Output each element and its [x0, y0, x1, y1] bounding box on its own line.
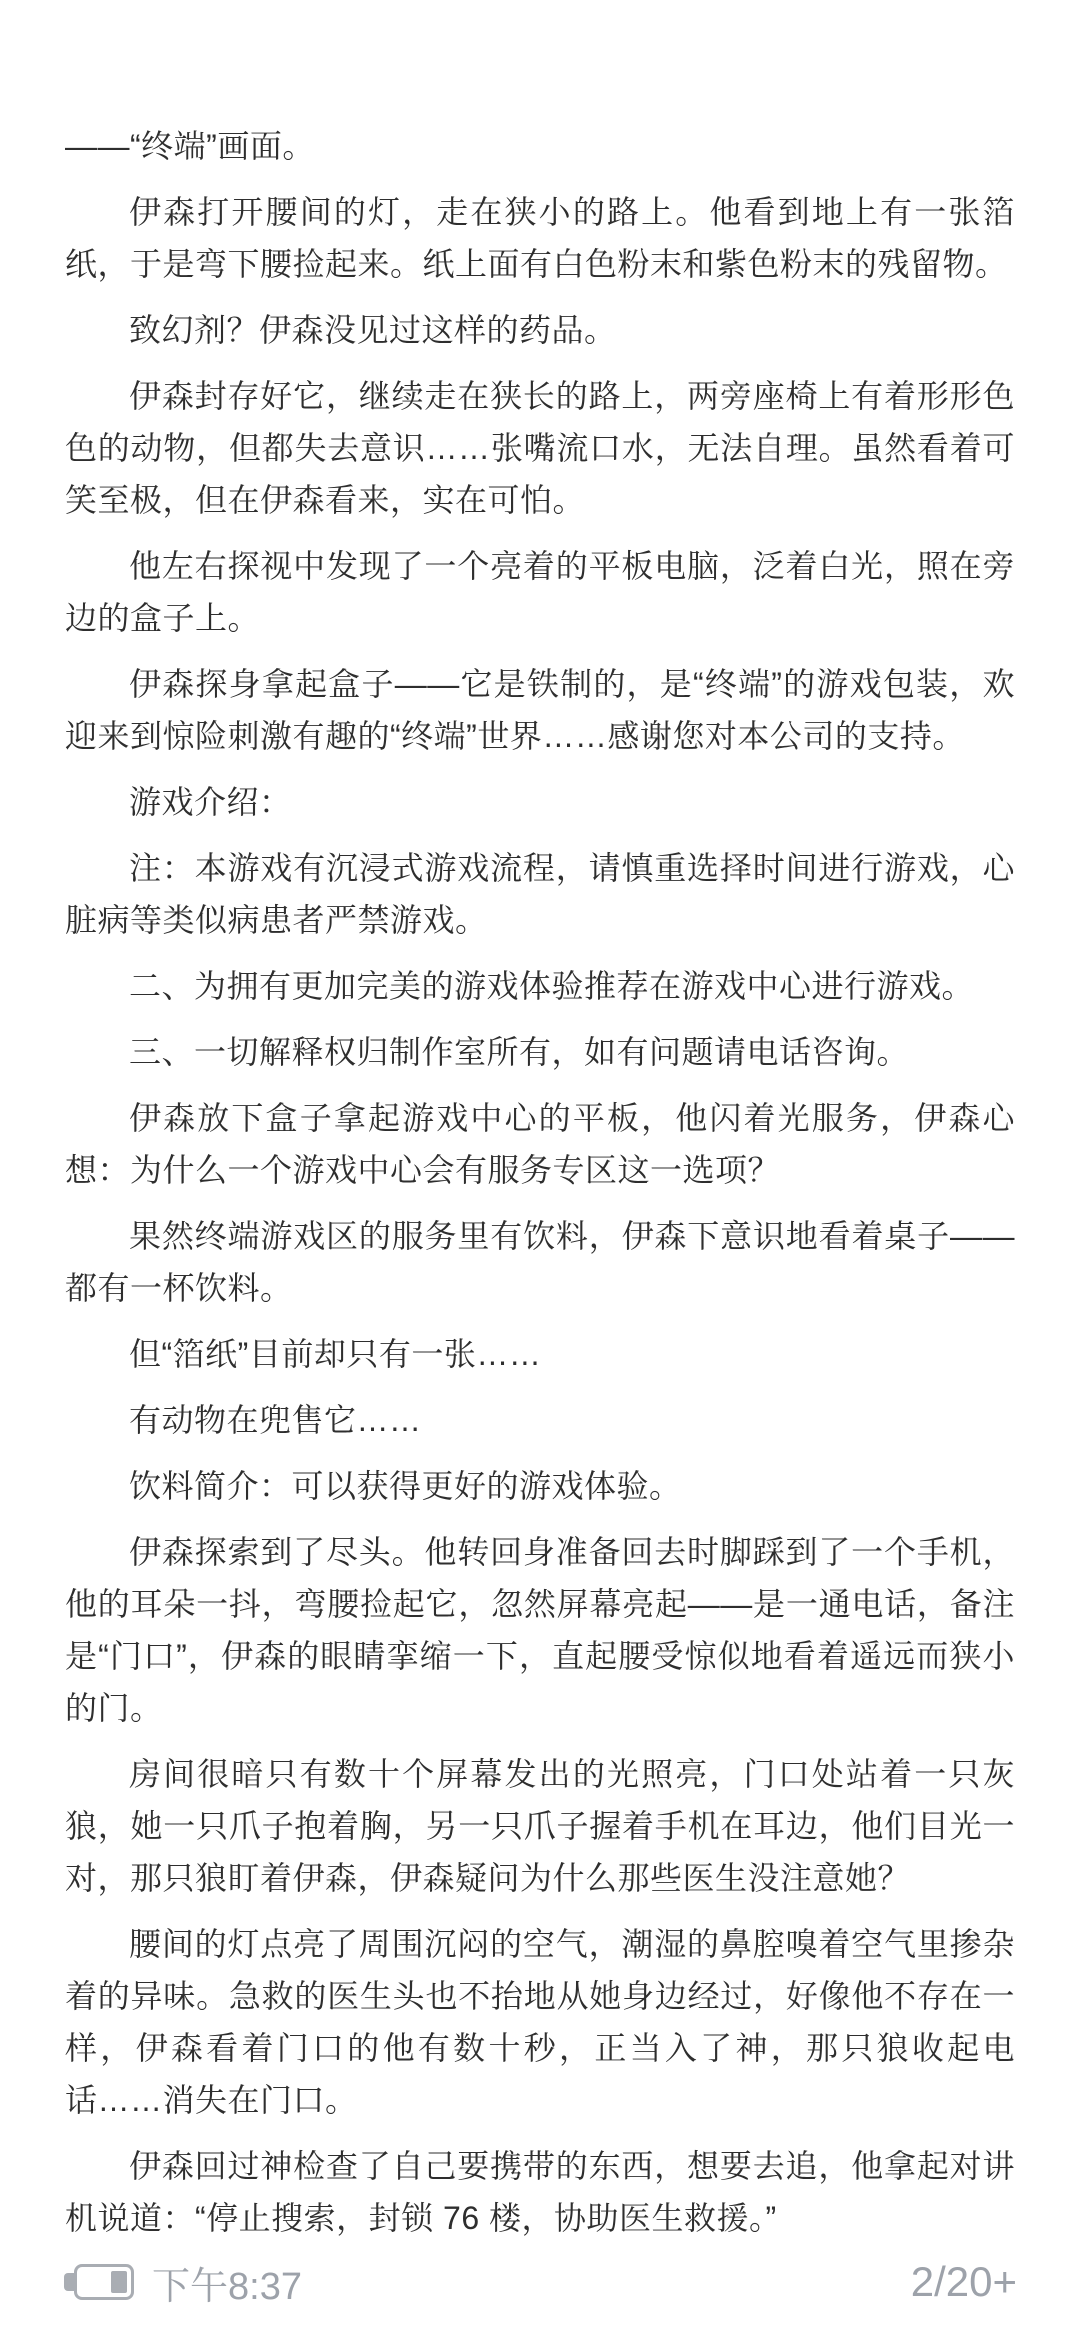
reader-screen: ——“终端”画面。 伊森打开腰间的灯，走在狭小的路上。他看到地上有一张箔纸，于是…: [0, 0, 1080, 2340]
paragraph: 腰间的灯点亮了周围沉闷的空气，潮湿的鼻腔嗅着空气里掺杂着的异味。急救的医生头也不…: [65, 1918, 1015, 2126]
battery-icon: [74, 2264, 134, 2300]
paragraph: 但“箔纸”目前却只有一张……: [65, 1328, 1015, 1380]
paragraph: 房间很暗只有数十个屏幕发出的光照亮，门口处站着一只灰狼，她一只爪子抱着胸，另一只…: [65, 1748, 1015, 1904]
paragraph: 果然终端游戏区的服务里有饮料，伊森下意识地看着桌子——都有一杯饮料。: [65, 1210, 1015, 1314]
paragraph: 二、为拥有更加完美的游戏体验推荐在游戏中心进行游戏。: [65, 960, 1015, 1012]
paragraph: 有动物在兜售它……: [65, 1394, 1015, 1446]
paragraph: 他左右探视中发现了一个亮着的平板电脑，泛着白光，照在旁边的盒子上。: [65, 540, 1015, 644]
paragraph: 伊森回过神检查了自己要携带的东西，想要去追，他拿起对讲机说道：“停止搜索，封锁 …: [65, 2140, 1015, 2244]
paragraph: 注：本游戏有沉浸式游戏流程，请慎重选择时间进行游戏，心脏病等类似病患者严禁游戏。: [65, 842, 1015, 946]
paragraph: ——“终端”画面。: [65, 120, 1015, 172]
paragraph: 伊森打开腰间的灯，走在狭小的路上。他看到地上有一张箔纸，于是弯下腰捡起来。纸上面…: [65, 186, 1015, 290]
reader-page[interactable]: ——“终端”画面。 伊森打开腰间的灯，走在狭小的路上。他看到地上有一张箔纸，于是…: [65, 120, 1015, 2258]
page-indicator: 2/20+: [911, 2258, 1017, 2306]
time-label: 下午8:37: [152, 2255, 302, 2310]
paragraph: 伊森封存好它，继续走在狭长的路上，两旁座椅上有着形形色色的动物，但都失去意识………: [65, 370, 1015, 526]
paragraph: 三、一切解释权归制作室所有，如有问题请电话咨询。: [65, 1026, 1015, 1078]
battery-fill: [111, 2271, 127, 2293]
paragraph: 伊森探身拿起盒子——它是铁制的，是“终端”的游戏包装，欢迎来到惊险刺激有趣的“终…: [65, 658, 1015, 762]
paragraph: 致幻剂？伊森没见过这样的药品。: [65, 304, 1015, 356]
paragraph: 游戏介绍：: [65, 776, 1015, 828]
reader-status-bar: 下午8:37 2/20+: [62, 2250, 1017, 2314]
paragraph: 伊森探索到了尽头。他转回身准备回去时脚踩到了一个手机，他的耳朵一抖，弯腰捡起它，…: [65, 1526, 1015, 1734]
paragraph: 饮料简介：可以获得更好的游戏体验。: [65, 1460, 1015, 1512]
paragraph: 伊森放下盒子拿起游戏中心的平板，他闪着光服务，伊森心想：为什么一个游戏中心会有服…: [65, 1092, 1015, 1196]
battery-nub: [64, 2273, 74, 2291]
